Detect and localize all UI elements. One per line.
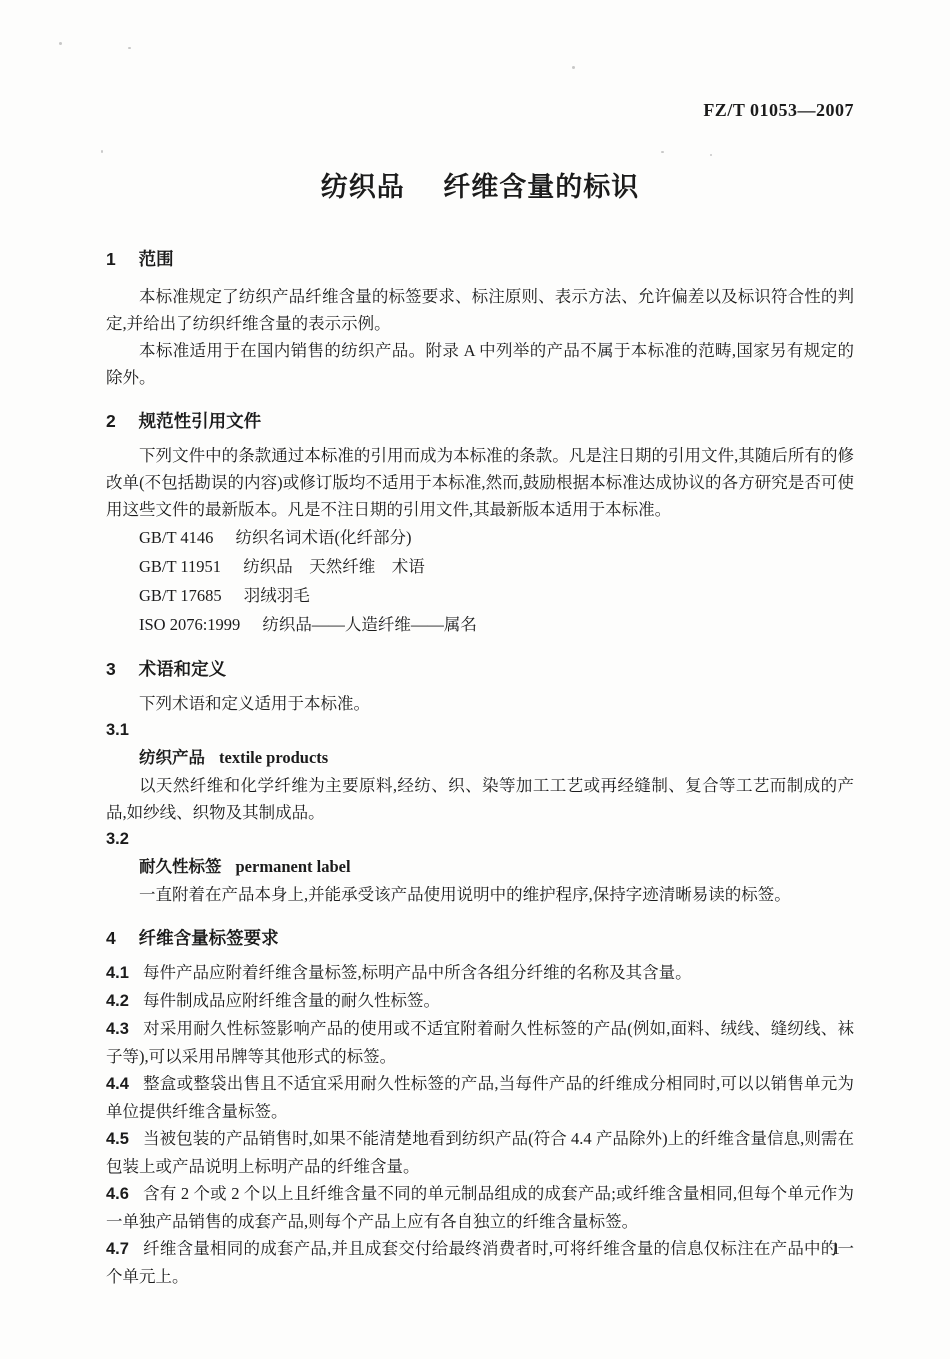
reference-title: 纺织品 天然纤维 术语: [243, 557, 425, 576]
term-definition: 以天然纤维和化学纤维为主要原料,经纺、织、染等加工工艺或再经缝制、复合等工艺而制…: [106, 772, 854, 826]
clause-number: 4.2: [106, 992, 129, 1010]
scan-speck: [59, 42, 62, 45]
section-4-heading: 4 纤维含量标签要求: [106, 926, 854, 950]
section-3-heading: 3 术语和定义: [106, 657, 854, 681]
document-content: FZ/T 01053—2007 纺织品 纤维含量的标识 1 范围 本标准规定了纺…: [106, 0, 854, 1290]
section-1-heading: 1 范围: [106, 247, 854, 271]
section-title: 规范性引用文件: [139, 411, 262, 431]
clause: 4.2每件制成品应附纤维含量的耐久性标签。: [106, 987, 854, 1015]
reference-title: 羽绒羽毛: [244, 586, 310, 605]
reference-title: 纺织名词术语(化纤部分): [236, 528, 412, 547]
clause-text: 当被包装的产品销售时,如果不能清楚地看到纺织产品(符合 4.4 产品除外)上的纤…: [106, 1129, 854, 1176]
paragraph: 本标准适用于在国内销售的纺织产品。附录 A 中列举的产品不属于本标准的范畴,国家…: [106, 337, 854, 391]
section-number: 4: [106, 928, 116, 948]
clause-number: 4.5: [106, 1130, 129, 1148]
clause: 4.1每件产品应附着纤维含量标签,标明产品中所含各组分纤维的名称及其含量。: [106, 959, 854, 987]
clause: 4.6含有 2 个或 2 个以上且纤维含量不同的单元制品组成的成套产品;或纤维含…: [106, 1180, 854, 1235]
term-number: 3.2: [106, 826, 854, 853]
clause: 4.4整盒或整袋出售且不适宜采用耐久性标签的产品,当每件产品的纤维成分相同时,可…: [106, 1070, 854, 1125]
paragraph: 下列文件中的条款通过本标准的引用而成为本标准的条款。凡是注日期的引用文件,其随后…: [106, 442, 854, 523]
clause-text: 整盒或整袋出售且不适宜采用耐久性标签的产品,当每件产品的纤维成分相同时,可以以销…: [106, 1074, 854, 1121]
reference-item: GB/T 11951 纺织品 天然纤维 术语: [106, 552, 854, 581]
clause: 4.3对采用耐久性标签影响产品的使用或不适宜附着耐久性标签的产品(例如,面料、绒…: [106, 1015, 854, 1070]
reference-code: GB/T 17685: [139, 586, 222, 605]
term-number: 3.1: [106, 717, 854, 744]
reference-code: GB/T 4146: [139, 528, 213, 547]
clause-number: 4.7: [106, 1240, 129, 1258]
clause-number: 4.3: [106, 1020, 129, 1038]
term-heading: 耐久性标签permanent label: [106, 853, 854, 881]
clause: 4.7纤维含量相同的成套产品,并且成套交付给最终消费者时,可将纤维含量的信息仅标…: [106, 1235, 854, 1290]
clause-text: 每件产品应附着纤维含量标签,标明产品中所含各组分纤维的名称及其含量。: [143, 963, 692, 982]
document-title: 纺织品 纤维含量的标识: [106, 171, 854, 203]
clause-text: 对采用耐久性标签影响产品的使用或不适宜附着耐久性标签的产品(例如,面料、绒线、缝…: [106, 1019, 854, 1066]
section-title: 范围: [139, 249, 174, 269]
section-title: 术语和定义: [139, 659, 227, 679]
standard-number: FZ/T 01053—2007: [106, 100, 854, 121]
term-zh: 耐久性标签: [139, 858, 222, 876]
reference-item: GB/T 4146 纺织名词术语(化纤部分): [106, 523, 854, 552]
reference-item: GB/T 17685 羽绒羽毛: [106, 581, 854, 610]
term-en: permanent label: [236, 857, 351, 876]
clause-number: 4.4: [106, 1075, 129, 1093]
term-en: textile products: [219, 748, 328, 767]
reference-title: 纺织品——人造纤维——属名: [262, 615, 477, 634]
paragraph: 本标准规定了纺织产品纤维含量的标签要求、标注原则、表示方法、允许偏差以及标识符合…: [106, 283, 854, 337]
term-heading: 纺织产品textile products: [106, 744, 854, 772]
reference-item: ISO 2076:1999 纺织品——人造纤维——属名: [106, 610, 854, 639]
reference-code: ISO 2076:1999: [139, 615, 240, 634]
section-title: 纤维含量标签要求: [139, 928, 279, 948]
section-number: 1: [106, 249, 116, 269]
clause: 4.5当被包装的产品销售时,如果不能清楚地看到纺织产品(符合 4.4 产品除外)…: [106, 1125, 854, 1180]
scan-speck: [101, 150, 103, 153]
clause-text: 每件制成品应附纤维含量的耐久性标签。: [143, 991, 440, 1010]
clause-text: 含有 2 个或 2 个以上且纤维含量不同的单元制品组成的成套产品;或纤维含量相同…: [106, 1184, 854, 1231]
reference-code: GB/T 11951: [139, 557, 221, 576]
section-2-heading: 2 规范性引用文件: [106, 409, 854, 433]
paragraph: 下列术语和定义适用于本标准。: [106, 690, 854, 717]
clause-number: 4.1: [106, 964, 129, 982]
scanned-document-page: FZ/T 01053—2007 纺织品 纤维含量的标识 1 范围 本标准规定了纺…: [0, 0, 950, 1359]
document-title-part1: 纺织品: [321, 172, 405, 202]
page-number: 1: [832, 1241, 840, 1259]
section-number: 2: [106, 411, 116, 431]
clause-text: 纤维含量相同的成套产品,并且成套交付给最终消费者时,可将纤维含量的信息仅标注在产…: [106, 1239, 854, 1286]
term-zh: 纺织产品: [139, 749, 205, 767]
document-title-part2: 纤维含量的标识: [443, 172, 639, 202]
term-definition: 一直附着在产品本身上,并能承受该产品使用说明中的维护程序,保持字迹清晰易读的标签…: [106, 881, 854, 908]
clause-number: 4.6: [106, 1185, 129, 1203]
section-number: 3: [106, 659, 116, 679]
